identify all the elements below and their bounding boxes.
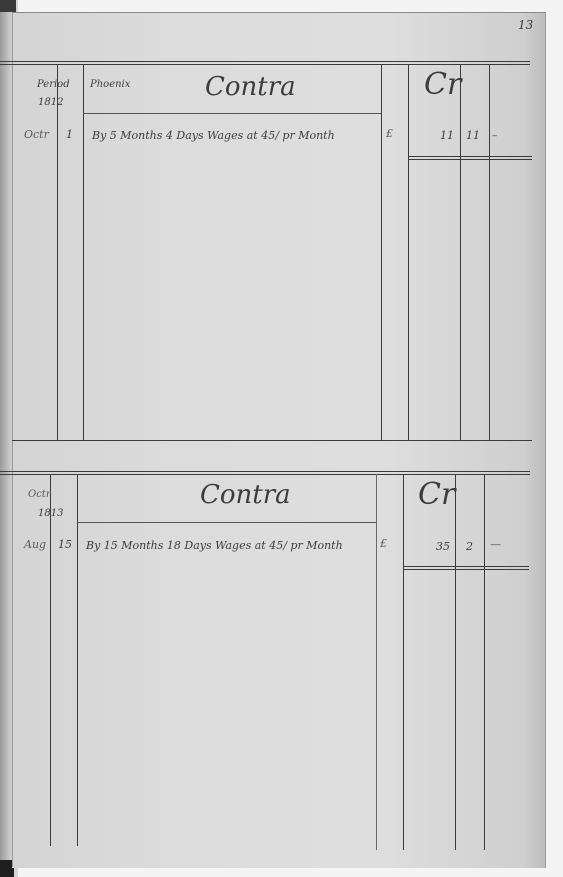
section1-header-rule	[83, 113, 381, 114]
scan-edge-top	[0, 0, 16, 12]
section2-entry-day: 15	[58, 539, 72, 550]
section1-col-date-right	[57, 64, 58, 440]
section1-top-rule	[0, 61, 530, 62]
section2-entry-description: By 15 Months 18 Days Wages at 45/ pr Mon…	[86, 540, 343, 551]
section1-col-folio-right	[408, 64, 409, 440]
section2-col-desc-right	[376, 474, 377, 850]
section1-top-rule-2	[0, 64, 530, 65]
section2-date-header: Octr	[28, 490, 51, 500]
section2-entry-shillings: 2	[466, 541, 473, 552]
section1-bottom-rule	[12, 440, 532, 441]
section2-title: Contra	[200, 482, 291, 508]
section1-col-shillings-right	[489, 64, 490, 440]
section2-col-date-right	[50, 474, 51, 846]
section1-total-rule-2	[408, 159, 532, 160]
section1-credit-header: Cr	[424, 70, 461, 100]
section1-col-pounds-right	[460, 64, 461, 440]
section1-ship-name: Phoenix	[90, 80, 130, 90]
section1-entry-pence: –	[492, 130, 498, 141]
section1-year: 1812	[38, 98, 63, 108]
section1-col-day-right	[83, 64, 84, 440]
section2-top-rule-2	[0, 474, 530, 475]
section2-total-rule-2	[403, 569, 529, 570]
section1-entry-description: By 5 Months 4 Days Wages at 45/ pr Month	[92, 130, 335, 141]
section1-entry-shillings: 11	[466, 130, 480, 141]
section1-date-header: Period	[37, 80, 70, 90]
section1-entry-month: Octr	[24, 129, 49, 140]
section2-col-pounds-right	[455, 474, 456, 850]
section1-title: Contra	[205, 74, 296, 100]
page-number: 13	[518, 19, 533, 31]
section2-entry-month: Aug	[24, 539, 46, 550]
section2-credit-header: Cr	[418, 480, 455, 510]
section2-year: 1813	[38, 509, 63, 519]
section2-entry-ledger-mark: £	[380, 538, 387, 549]
section1-col-desc-right	[381, 64, 382, 440]
section2-entry-pence: —	[490, 539, 501, 550]
section2-col-day-right	[77, 474, 78, 846]
section1-entry-day: 1	[66, 129, 73, 140]
section2-entry-pounds: 35	[436, 541, 450, 552]
section1-entry-pounds: 11	[440, 130, 454, 141]
section1-total-rule	[408, 156, 532, 157]
section2-col-shillings-right	[484, 474, 485, 850]
section2-top-rule	[0, 471, 530, 472]
section2-col-folio-right	[403, 474, 404, 850]
section2-total-rule	[403, 566, 529, 567]
section1-entry-ledger-mark: £	[386, 128, 393, 139]
section2-header-rule	[77, 522, 376, 523]
